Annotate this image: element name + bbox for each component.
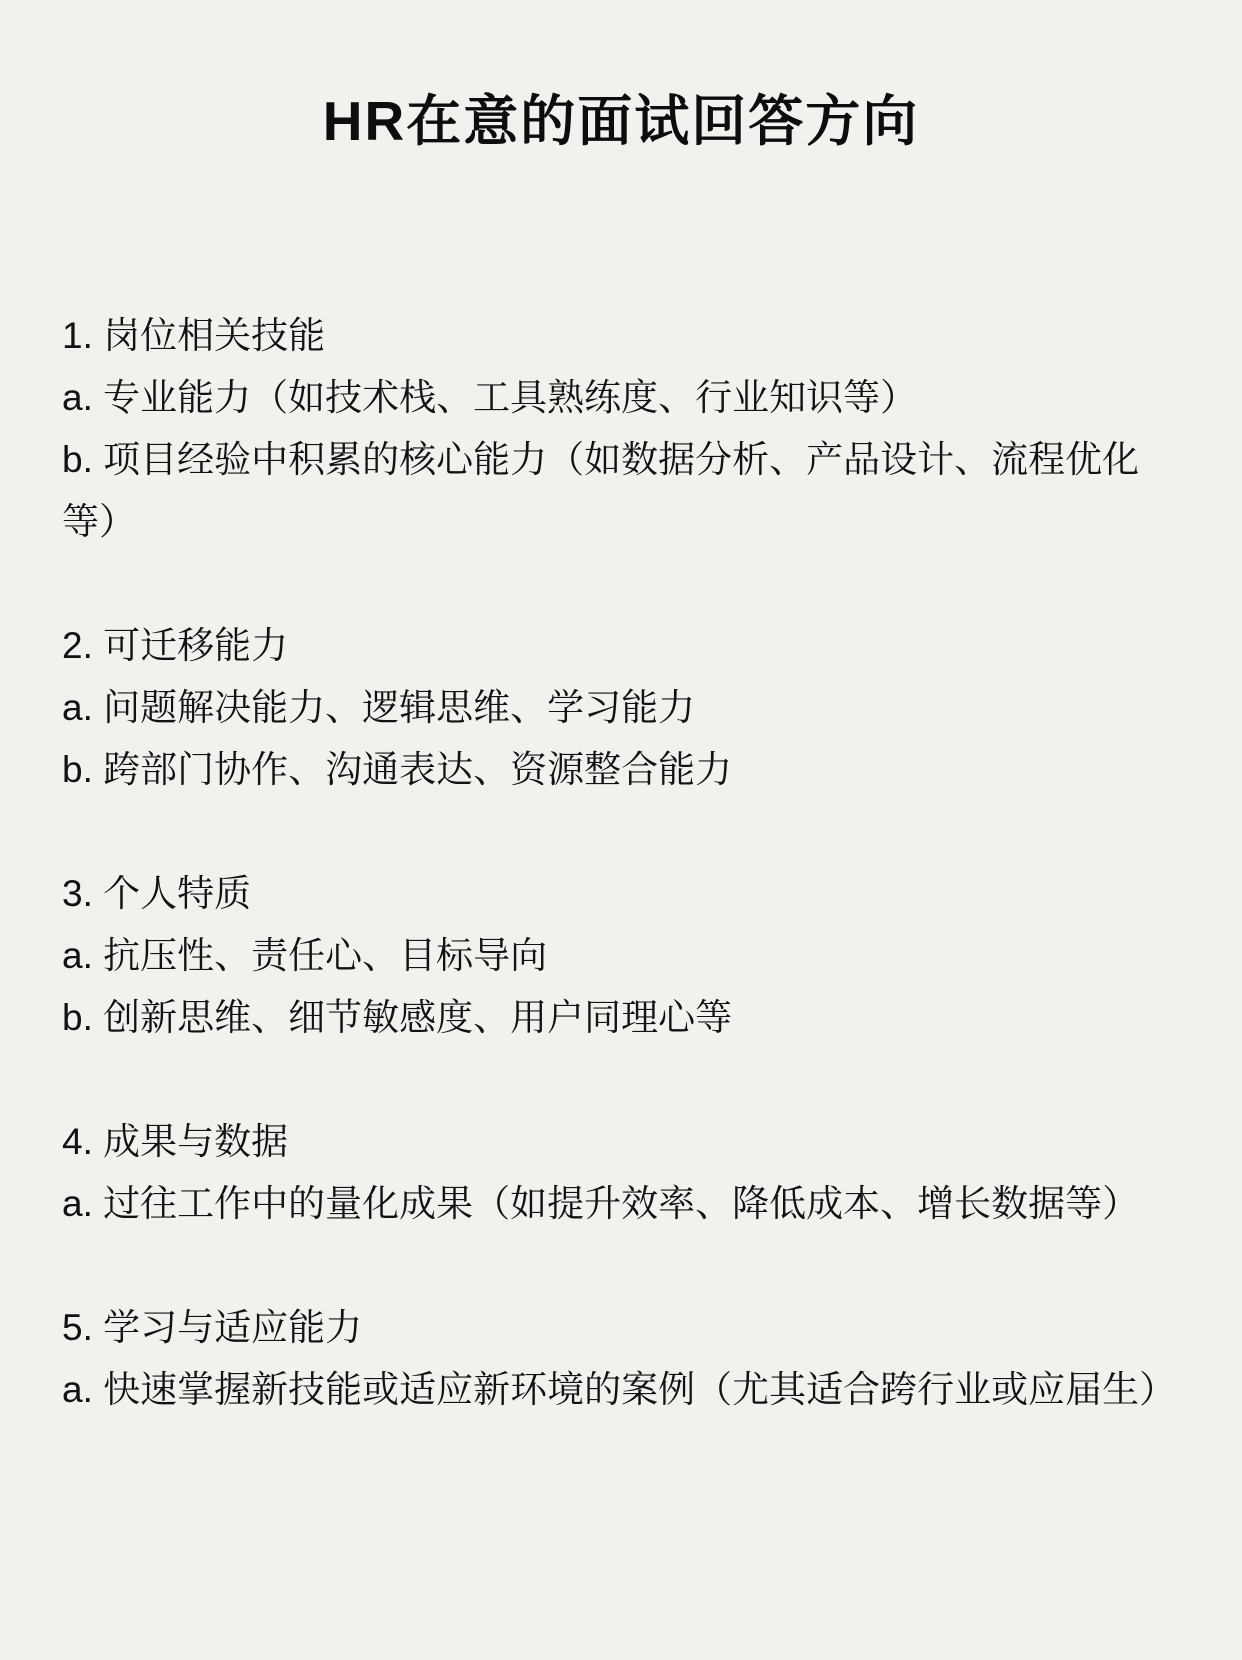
section-item: b. 项目经验中积累的核心能力（如数据分析、产品设计、流程优化等）: [62, 429, 1184, 553]
section-heading: 2. 可迁移能力: [62, 615, 1184, 677]
section-results-data: 4. 成果与数据 a. 过往工作中的量化成果（如提升效率、降低成本、增长数据等）: [62, 1111, 1184, 1235]
section-heading: 5. 学习与适应能力: [62, 1297, 1184, 1359]
note-page: HR在意的面试回答方向 1. 岗位相关技能 a. 专业能力（如技术栈、工具熟练度…: [0, 0, 1242, 1660]
section-learning-adaptability: 5. 学习与适应能力 a. 快速掌握新技能或适应新环境的案例（尤其适合跨行业或应…: [62, 1297, 1184, 1421]
page-title: HR在意的面试回答方向: [0, 37, 1242, 153]
section-item: a. 抗压性、责任心、目标导向: [62, 925, 1184, 987]
section-item: a. 专业能力（如技术栈、工具熟练度、行业知识等）: [62, 367, 1184, 429]
section-heading: 3. 个人特质: [62, 863, 1184, 925]
section-item: a. 过往工作中的量化成果（如提升效率、降低成本、增长数据等）: [62, 1173, 1184, 1235]
section-transferable-skills: 2. 可迁移能力 a. 问题解决能力、逻辑思维、学习能力 b. 跨部门协作、沟通…: [62, 615, 1184, 801]
section-heading: 1. 岗位相关技能: [62, 305, 1184, 367]
section-item: a. 快速掌握新技能或适应新环境的案例（尤其适合跨行业或应届生）: [62, 1359, 1184, 1421]
section-item: b. 创新思维、细节敏感度、用户同理心等: [62, 987, 1184, 1049]
section-personal-traits: 3. 个人特质 a. 抗压性、责任心、目标导向 b. 创新思维、细节敏感度、用户…: [62, 863, 1184, 1049]
section-item: b. 跨部门协作、沟通表达、资源整合能力: [62, 739, 1184, 801]
section-item: a. 问题解决能力、逻辑思维、学习能力: [62, 677, 1184, 739]
note-content: 1. 岗位相关技能 a. 专业能力（如技术栈、工具熟练度、行业知识等） b. 项…: [62, 305, 1184, 1421]
section-heading: 4. 成果与数据: [62, 1111, 1184, 1173]
section-job-skills: 1. 岗位相关技能 a. 专业能力（如技术栈、工具熟练度、行业知识等） b. 项…: [62, 305, 1184, 553]
